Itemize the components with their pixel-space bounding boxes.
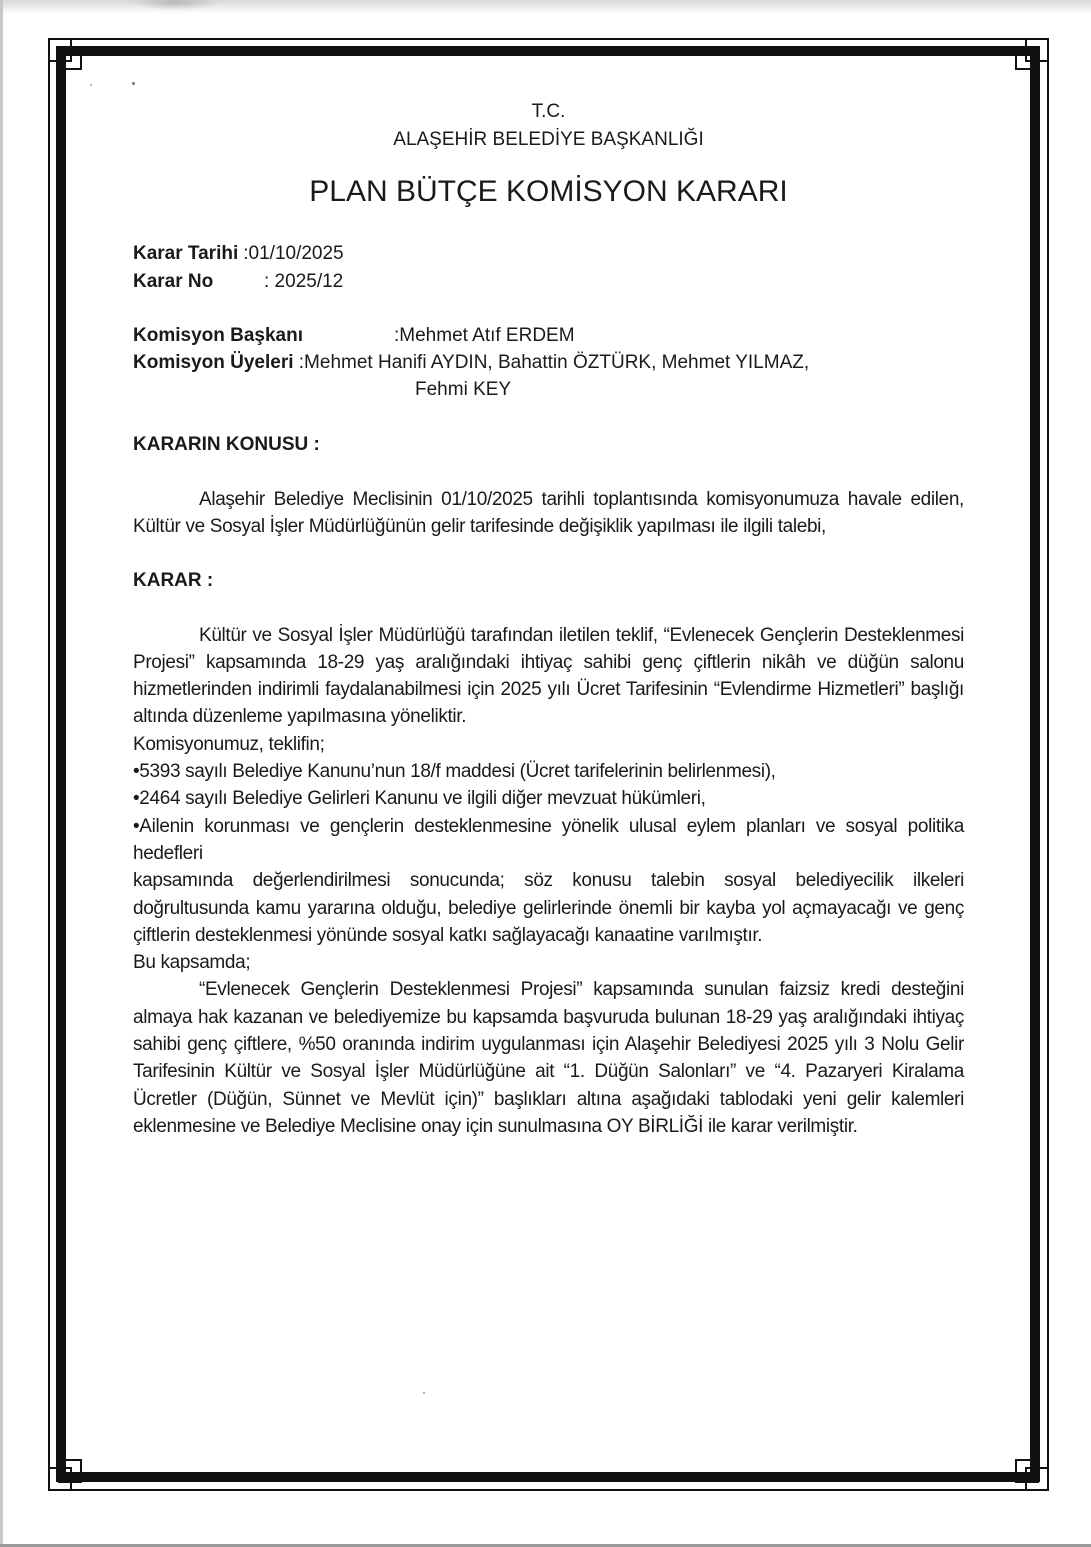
corner-ornament-bottom-left-inner (58, 1459, 82, 1483)
decision-heading: KARAR : (133, 567, 964, 595)
legal-basis-item: •Ailenin korunması ve gençlerin destekle… (133, 813, 964, 868)
decision-conclusion: “Evlenecek Gençlerin Desteklenmesi Proje… (133, 976, 964, 1140)
committee-chair-row: Komisyon Başkanı:Mehmet Atıf ERDEM (133, 322, 964, 349)
organization-header: ALAŞEHİR BELEDİYE BAŞKANLIĞI (133, 126, 964, 154)
committee-members-row: Komisyon Üyeleri :Mehmet Hanifi AYDIN, B… (133, 349, 964, 376)
scope-lead: Bu kapsamda; (133, 949, 964, 976)
decision-date-value: :01/10/2025 (243, 240, 343, 268)
committee-chair-value: :Mehmet Atıf ERDEM (394, 325, 575, 346)
legal-basis-item: •5393 sayılı Belediye Kanunu’nun 18/f ma… (133, 758, 964, 785)
committee-info: Komisyon Başkanı:Mehmet Atıf ERDEM Komis… (133, 322, 964, 403)
committee-members-value: :Mehmet Hanifi AYDIN, Bahattin ÖZTÜRK, M… (299, 352, 809, 373)
corner-ornament-top-left-inner (58, 46, 82, 70)
subject-text: Alaşehir Belediye Meclisinin 01/10/2025 … (133, 486, 964, 541)
decision-intro: Kültür ve Sosyal İşler Müdürlüğü tarafın… (133, 622, 964, 731)
scan-edge-left (0, 0, 3, 1547)
legal-basis-item: •2464 sayılı Belediye Gelirleri Kanunu v… (133, 785, 964, 812)
document-body: T.C. ALAŞEHİR BELEDİYE BAŞKANLIĞI PLAN B… (133, 98, 964, 1140)
subject-heading: KARARIN KONUSU : (133, 431, 964, 459)
decision-no-row: Karar No: 2025/12 (133, 268, 964, 296)
decision-meta: Karar Tarihi:01/10/2025 Karar No: 2025/1… (133, 240, 964, 296)
decision-no-label: Karar No (133, 268, 264, 296)
decision-no-value: : 2025/12 (264, 268, 343, 296)
scan-speck (90, 84, 92, 86)
decision-evaluation: kapsamında değerlendirilmesi sonucunda; … (133, 867, 964, 949)
committee-members-label: Komisyon Üyeleri (133, 352, 294, 373)
document-title: PLAN BÜTÇE KOMİSYON KARARI (133, 172, 964, 212)
committee-chair-label: Komisyon Başkanı (133, 322, 394, 349)
decision-date-label: Karar Tarihi (133, 240, 238, 268)
decision-lead: Komisyonumuz, teklifin; (133, 731, 964, 758)
decision-date-row: Karar Tarihi:01/10/2025 (133, 240, 964, 268)
country-header: T.C. (133, 98, 964, 126)
committee-members-continued: Fehmi KEY (133, 376, 964, 403)
scan-speck (423, 1392, 425, 1394)
scan-speck (132, 82, 135, 85)
corner-ornament-bottom-right-inner (1015, 1459, 1039, 1483)
corner-ornament-top-right-inner (1015, 46, 1039, 70)
